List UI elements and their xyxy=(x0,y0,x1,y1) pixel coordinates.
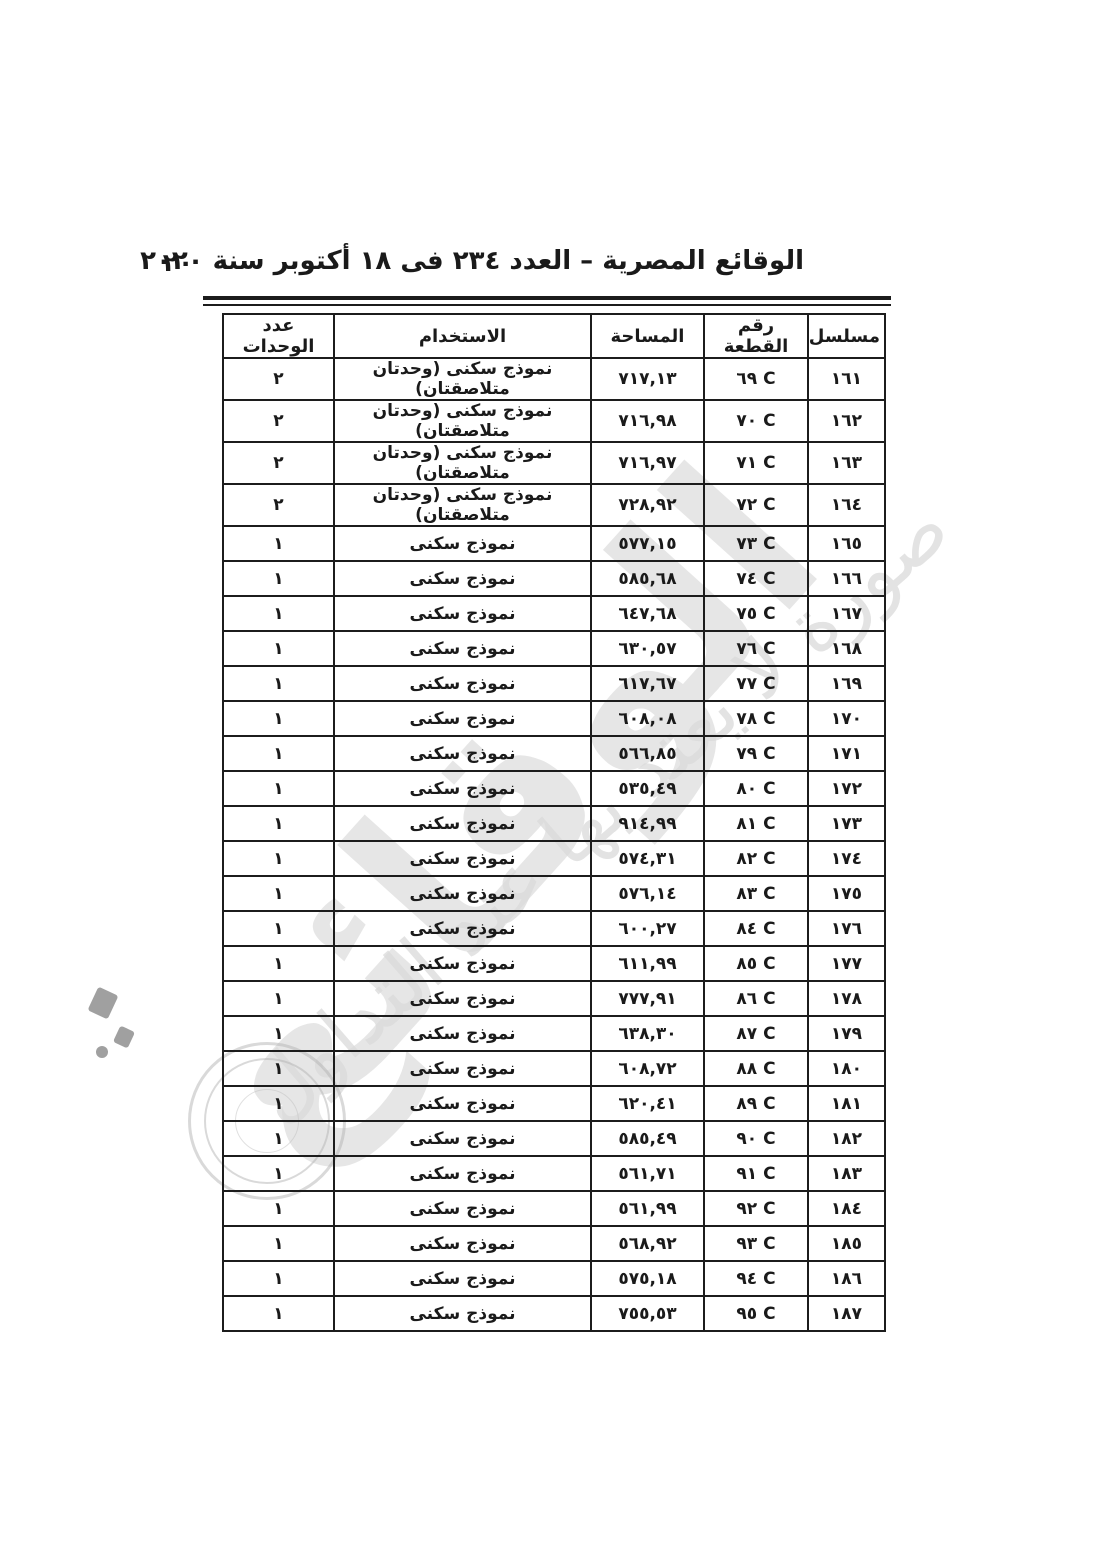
table-row: ١٧٠C ٧٨٦٠٨,٠٨نموذج سكنى١ xyxy=(223,701,885,736)
serial-cell: ١٧٢ xyxy=(808,771,885,806)
table-row: ١٨٠C ٨٨٦٠٨,٧٢نموذج سكنى١ xyxy=(223,1051,885,1086)
plot-number-cell: C ٧٥ xyxy=(704,596,808,631)
area-cell: ٧١٧,١٣ xyxy=(591,358,704,400)
col-header-plot-number: رقم القطعة xyxy=(704,314,808,358)
units-count-cell: ١ xyxy=(223,911,334,946)
usage-cell: نموذج سكنى xyxy=(334,1226,591,1261)
units-count-cell: ١ xyxy=(223,1016,334,1051)
serial-cell: ١٦٢ xyxy=(808,400,885,442)
plot-number-cell: C ٨٠ xyxy=(704,771,808,806)
usage-cell: نموذج سكنى xyxy=(334,1156,591,1191)
units-count-cell: ١ xyxy=(223,771,334,806)
area-cell: ٦٢٠,٤١ xyxy=(591,1086,704,1121)
units-count-cell: ١ xyxy=(223,981,334,1016)
units-count-cell: ٢ xyxy=(223,442,334,484)
units-count-cell: ١ xyxy=(223,876,334,911)
units-count-cell: ١ xyxy=(223,596,334,631)
plot-number-cell: C ٨٦ xyxy=(704,981,808,1016)
units-count-cell: ١ xyxy=(223,1296,334,1331)
plot-number-cell: C ٧١ xyxy=(704,442,808,484)
units-count-cell: ١ xyxy=(223,1051,334,1086)
plot-number-cell: C ٧٤ xyxy=(704,561,808,596)
units-count-cell: ١ xyxy=(223,1086,334,1121)
area-cell: ٦٣٨,٣٠ xyxy=(591,1016,704,1051)
table-row: ١٧٧C ٨٥٦١١,٩٩نموذج سكنى١ xyxy=(223,946,885,981)
area-cell: ٧١٦,٩٧ xyxy=(591,442,704,484)
serial-cell: ١٦٨ xyxy=(808,631,885,666)
serial-cell: ١٨١ xyxy=(808,1086,885,1121)
usage-cell: نموذج سكنى xyxy=(334,841,591,876)
units-count-cell: ١ xyxy=(223,1121,334,1156)
plot-number-cell: C ٨٧ xyxy=(704,1016,808,1051)
units-count-cell: ١ xyxy=(223,1261,334,1296)
table-row: ١٨٦C ٩٤٥٧٥,١٨نموذج سكنى١ xyxy=(223,1261,885,1296)
area-cell: ٥٦١,٧١ xyxy=(591,1156,704,1191)
plot-number-cell: C ٩٢ xyxy=(704,1191,808,1226)
serial-cell: ١٨٥ xyxy=(808,1226,885,1261)
serial-cell: ١٧١ xyxy=(808,736,885,771)
col-header-units-count: عدد الوحدات xyxy=(223,314,334,358)
usage-cell: نموذج سكنى xyxy=(334,1051,591,1086)
units-count-cell: ١ xyxy=(223,631,334,666)
usage-cell: نموذج سكنى xyxy=(334,666,591,701)
plot-number-cell: C ٧٢ xyxy=(704,484,808,526)
plot-number-cell: C ٧٦ xyxy=(704,631,808,666)
usage-cell: نموذج سكنى (وحدتان متلاصقتان) xyxy=(334,442,591,484)
usage-cell: نموذج سكنى xyxy=(334,1191,591,1226)
serial-cell: ١٦٤ xyxy=(808,484,885,526)
watermark-ink-mark xyxy=(113,1025,135,1048)
serial-cell: ١٨٧ xyxy=(808,1296,885,1331)
units-count-cell: ١ xyxy=(223,1156,334,1191)
units-count-cell: ١ xyxy=(223,561,334,596)
gazette-title: الوقائع المصرية – العدد ٢٣٤ فى ١٨ أكتوبر… xyxy=(140,246,804,276)
units-count-cell: ١ xyxy=(223,526,334,561)
serial-cell: ١٦٦ xyxy=(808,561,885,596)
area-cell: ٦١١,٩٩ xyxy=(591,946,704,981)
table-row: ١٨٧C ٩٥٧٥٥,٥٣نموذج سكنى١ xyxy=(223,1296,885,1331)
serial-cell: ١٦٥ xyxy=(808,526,885,561)
usage-cell: نموذج سكنى xyxy=(334,631,591,666)
serial-cell: ١٧٨ xyxy=(808,981,885,1016)
usage-cell: نموذج سكنى xyxy=(334,771,591,806)
serial-cell: ١٧٦ xyxy=(808,911,885,946)
units-count-cell: ٢ xyxy=(223,484,334,526)
serial-cell: ١٨٠ xyxy=(808,1051,885,1086)
area-cell: ٦٤٧,٦٨ xyxy=(591,596,704,631)
table-row: ١٦٦C ٧٤٥٨٥,٦٨نموذج سكنى١ xyxy=(223,561,885,596)
usage-cell: نموذج سكنى xyxy=(334,1086,591,1121)
usage-cell: نموذج سكنى xyxy=(334,911,591,946)
plot-number-cell: C ٨٢ xyxy=(704,841,808,876)
serial-cell: ١٦١ xyxy=(808,358,885,400)
serial-cell: ١٧٧ xyxy=(808,946,885,981)
table-header-row: مسلسل رقم القطعة المساحة الاستخدام عدد ا… xyxy=(223,314,885,358)
table-row: ١٨٣C ٩١٥٦١,٧١نموذج سكنى١ xyxy=(223,1156,885,1191)
plot-number-cell: C ٧٣ xyxy=(704,526,808,561)
table-row: ١٦٤C ٧٢٧٢٨,٩٢نموذج سكنى (وحدتان متلاصقتا… xyxy=(223,484,885,526)
plot-number-cell: C ٨٨ xyxy=(704,1051,808,1086)
area-cell: ٥٨٥,٦٨ xyxy=(591,561,704,596)
table-row: ١٧٦C ٨٤٦٠٠,٢٧نموذج سكنى١ xyxy=(223,911,885,946)
table-row: ١٧٥C ٨٣٥٧٦,١٤نموذج سكنى١ xyxy=(223,876,885,911)
plot-number-cell: C ٦٩ xyxy=(704,358,808,400)
gazette-page: الوقائع صورة لا يعتد بها عند التداول الو… xyxy=(0,0,1096,1552)
units-count-cell: ١ xyxy=(223,1191,334,1226)
serial-cell: ١٦٩ xyxy=(808,666,885,701)
plot-number-cell: C ٧٨ xyxy=(704,701,808,736)
usage-cell: نموذج سكنى xyxy=(334,596,591,631)
plot-number-cell: C ٧٧ xyxy=(704,666,808,701)
serial-cell: ١٦٧ xyxy=(808,596,885,631)
usage-cell: نموذج سكنى (وحدتان متلاصقتان) xyxy=(334,358,591,400)
area-cell: ٦٣٠,٥٧ xyxy=(591,631,704,666)
area-cell: ٥٧٦,١٤ xyxy=(591,876,704,911)
units-count-cell: ١ xyxy=(223,946,334,981)
area-cell: ٧١٦,٩٨ xyxy=(591,400,704,442)
plot-number-cell: C ٩٣ xyxy=(704,1226,808,1261)
plot-number-cell: C ٨٩ xyxy=(704,1086,808,1121)
units-count-cell: ١ xyxy=(223,666,334,701)
table-row: ١٧١C ٧٩٥٦٦,٨٥نموذج سكنى١ xyxy=(223,736,885,771)
usage-cell: نموذج سكنى xyxy=(334,1296,591,1331)
table-row: ١٦٩C ٧٧٦١٧,٦٧نموذج سكنى١ xyxy=(223,666,885,701)
plot-number-cell: C ٨٤ xyxy=(704,911,808,946)
usage-cell: نموذج سكنى xyxy=(334,876,591,911)
plot-number-cell: C ٨١ xyxy=(704,806,808,841)
table-row: ١٧٤C ٨٢٥٧٤,٣١نموذج سكنى١ xyxy=(223,841,885,876)
plot-number-cell: C ٧٠ xyxy=(704,400,808,442)
area-cell: ٥٦١,٩٩ xyxy=(591,1191,704,1226)
plot-number-cell: C ٨٣ xyxy=(704,876,808,911)
usage-cell: نموذج سكنى (وحدتان متلاصقتان) xyxy=(334,484,591,526)
area-cell: ٥٧٧,١٥ xyxy=(591,526,704,561)
table-row: ١٨٥C ٩٣٥٦٨,٩٢نموذج سكنى١ xyxy=(223,1226,885,1261)
units-count-cell: ١ xyxy=(223,841,334,876)
col-header-area: المساحة xyxy=(591,314,704,358)
table-row: ١٨٢C ٩٠٥٨٥,٤٩نموذج سكنى١ xyxy=(223,1121,885,1156)
area-cell: ٥٧٥,١٨ xyxy=(591,1261,704,1296)
usage-cell: نموذج سكنى (وحدتان متلاصقتان) xyxy=(334,400,591,442)
table-row: ١٦٧C ٧٥٦٤٧,٦٨نموذج سكنى١ xyxy=(223,596,885,631)
plot-number-cell: C ٩٤ xyxy=(704,1261,808,1296)
table-row: ١٦٣C ٧١٧١٦,٩٧نموذج سكنى (وحدتان متلاصقتا… xyxy=(223,442,885,484)
area-cell: ٧٧٧,٩١ xyxy=(591,981,704,1016)
plot-number-cell: C ٩٥ xyxy=(704,1296,808,1331)
usage-cell: نموذج سكنى xyxy=(334,806,591,841)
area-cell: ٧٢٨,٩٢ xyxy=(591,484,704,526)
table-row: ١٧٣C ٨١٩١٤,٩٩نموذج سكنى١ xyxy=(223,806,885,841)
area-cell: ٦١٧,٦٧ xyxy=(591,666,704,701)
usage-cell: نموذج سكنى xyxy=(334,701,591,736)
col-header-serial: مسلسل xyxy=(808,314,885,358)
usage-cell: نموذج سكنى xyxy=(334,1016,591,1051)
area-cell: ٦٠٨,٠٨ xyxy=(591,701,704,736)
units-count-cell: ١ xyxy=(223,1226,334,1261)
plot-number-cell: C ٩١ xyxy=(704,1156,808,1191)
table-row: ١٧٩C ٨٧٦٣٨,٣٠نموذج سكنى١ xyxy=(223,1016,885,1051)
serial-cell: ١٨٤ xyxy=(808,1191,885,1226)
serial-cell: ١٧٩ xyxy=(808,1016,885,1051)
usage-cell: نموذج سكنى xyxy=(334,1121,591,1156)
plot-number-cell: C ٨٥ xyxy=(704,946,808,981)
table-row: ١٨١C ٨٩٦٢٠,٤١نموذج سكنى١ xyxy=(223,1086,885,1121)
usage-cell: نموذج سكنى xyxy=(334,1261,591,1296)
area-cell: ٥٣٥,٤٩ xyxy=(591,771,704,806)
table-row: ١٦١C ٦٩٧١٧,١٣نموذج سكنى (وحدتان متلاصقتا… xyxy=(223,358,885,400)
area-cell: ٥٧٤,٣١ xyxy=(591,841,704,876)
table-row: ١٦٨C ٧٦٦٣٠,٥٧نموذج سكنى١ xyxy=(223,631,885,666)
table-row: ١٧٨C ٨٦٧٧٧,٩١نموذج سكنى١ xyxy=(223,981,885,1016)
units-count-cell: ١ xyxy=(223,736,334,771)
units-count-cell: ١ xyxy=(223,701,334,736)
table-row: ١٨٤C ٩٢٥٦١,٩٩نموذج سكنى١ xyxy=(223,1191,885,1226)
watermark-ink-mark xyxy=(88,987,119,1020)
usage-cell: نموذج سكنى xyxy=(334,561,591,596)
col-header-usage: الاستخدام xyxy=(334,314,591,358)
serial-cell: ١٧٠ xyxy=(808,701,885,736)
usage-cell: نموذج سكنى xyxy=(334,981,591,1016)
serial-cell: ١٨٦ xyxy=(808,1261,885,1296)
units-count-cell: ٢ xyxy=(223,358,334,400)
plot-number-cell: C ٩٠ xyxy=(704,1121,808,1156)
serial-cell: ١٧٥ xyxy=(808,876,885,911)
area-cell: ٥٦٨,٩٢ xyxy=(591,1226,704,1261)
usage-cell: نموذج سكنى xyxy=(334,526,591,561)
serial-cell: ١٧٣ xyxy=(808,806,885,841)
plot-number-cell: C ٧٩ xyxy=(704,736,808,771)
usage-cell: نموذج سكنى xyxy=(334,736,591,771)
usage-cell: نموذج سكنى xyxy=(334,946,591,981)
serial-cell: ١٨٢ xyxy=(808,1121,885,1156)
table-row: ١٦٢C ٧٠٧١٦,٩٨نموذج سكنى (وحدتان متلاصقتا… xyxy=(223,400,885,442)
plots-table: مسلسل رقم القطعة المساحة الاستخدام عدد ا… xyxy=(222,313,886,1332)
watermark-ink-mark xyxy=(96,1046,108,1058)
units-count-cell: ١ xyxy=(223,806,334,841)
area-cell: ٩١٤,٩٩ xyxy=(591,806,704,841)
serial-cell: ١٦٣ xyxy=(808,442,885,484)
units-count-cell: ٢ xyxy=(223,400,334,442)
table-row: ١٦٥C ٧٣٥٧٧,١٥نموذج سكنى١ xyxy=(223,526,885,561)
area-cell: ٦٠٠,٢٧ xyxy=(591,911,704,946)
header-double-rule xyxy=(203,296,891,306)
table-row: ١٧٢C ٨٠٥٣٥,٤٩نموذج سكنى١ xyxy=(223,771,885,806)
area-cell: ٧٥٥,٥٣ xyxy=(591,1296,704,1331)
area-cell: ٥٨٥,٤٩ xyxy=(591,1121,704,1156)
serial-cell: ١٧٤ xyxy=(808,841,885,876)
area-cell: ٥٦٦,٨٥ xyxy=(591,736,704,771)
page-number: ٢٠ xyxy=(148,248,208,277)
area-cell: ٦٠٨,٧٢ xyxy=(591,1051,704,1086)
serial-cell: ١٨٣ xyxy=(808,1156,885,1191)
